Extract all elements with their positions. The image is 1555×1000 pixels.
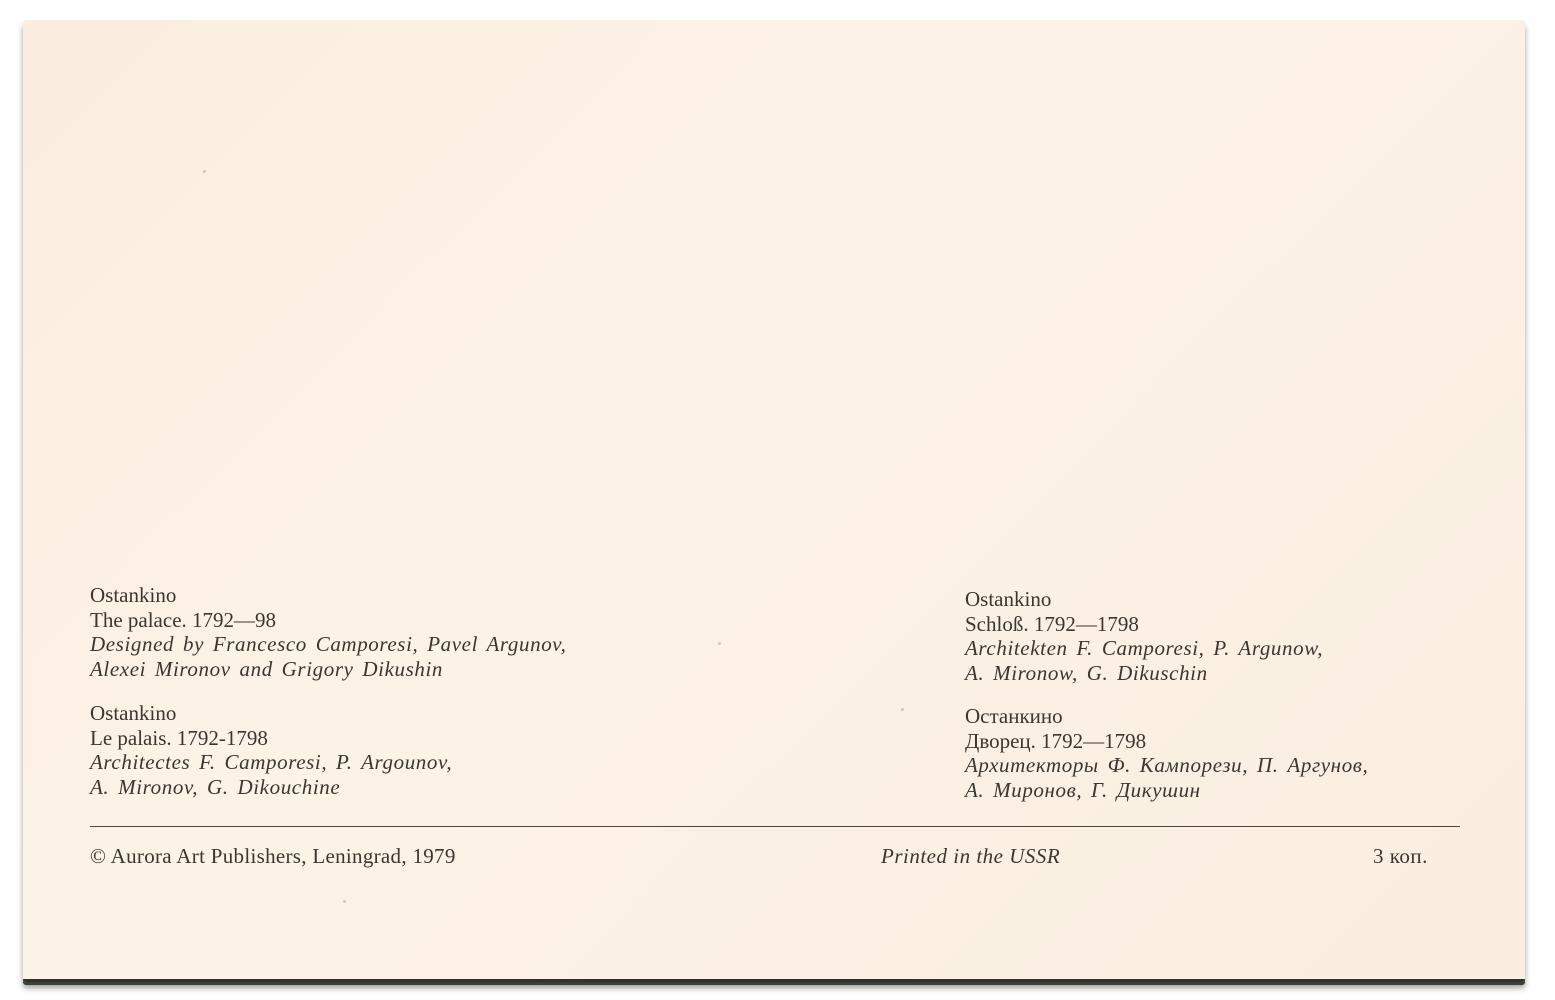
architect-credits: Alexei Mironov and Grigory Dikushin — [90, 657, 567, 682]
paper-speck — [343, 900, 346, 903]
place-name: Ostankino — [90, 701, 452, 726]
architect-credits: Designed by Francesco Camporesi, Pavel A… — [90, 632, 567, 657]
architect-credits: Архитекторы Ф. Кампорези, П. Аргунов, — [965, 753, 1368, 778]
scan-background: Ostankino The palace. 1792—98 Designed b… — [0, 0, 1555, 1000]
caption-french: Ostankino Le palais. 1792-1798 Architect… — [90, 701, 452, 799]
building-title: The palace. 1792—98 — [90, 608, 567, 633]
architect-credits: Architectes F. Camporesi, P. Argounov, — [90, 750, 452, 775]
place-name: Ostankino — [90, 583, 567, 608]
architect-credits: A. Mironov, G. Dikouchine — [90, 775, 452, 800]
divider-line — [90, 826, 1460, 827]
place-name: Ostankino — [965, 587, 1323, 612]
price-label: 3 коп. — [1373, 844, 1428, 869]
paper-speck — [901, 708, 904, 711]
publisher-copyright: © Aurora Art Publishers, Leningrad, 1979 — [90, 844, 456, 869]
building-title: Дворец. 1792—1798 — [965, 729, 1368, 754]
architect-credits: A. Mironow, G. Dikuschin — [965, 661, 1323, 686]
building-title: Le palais. 1792-1798 — [90, 726, 452, 751]
building-title: Schloß. 1792—1798 — [965, 612, 1323, 637]
paper-speck — [203, 170, 206, 173]
caption-english: Ostankino The palace. 1792—98 Designed b… — [90, 583, 567, 681]
caption-russian: Останкино Дворец. 1792—1798 Архитекторы … — [965, 704, 1368, 802]
paper-speck — [718, 642, 721, 645]
architect-credits: Architekten F. Camporesi, P. Argunow, — [965, 636, 1323, 661]
printed-in-note: Printed in the USSR — [881, 844, 1060, 869]
architect-credits: А. Миронов, Г. Дикушин — [965, 778, 1368, 803]
caption-german: Ostankino Schloß. 1792—1798 Architekten … — [965, 587, 1323, 685]
postcard-back: Ostankino The palace. 1792—98 Designed b… — [23, 20, 1525, 982]
place-name: Останкино — [965, 704, 1368, 729]
